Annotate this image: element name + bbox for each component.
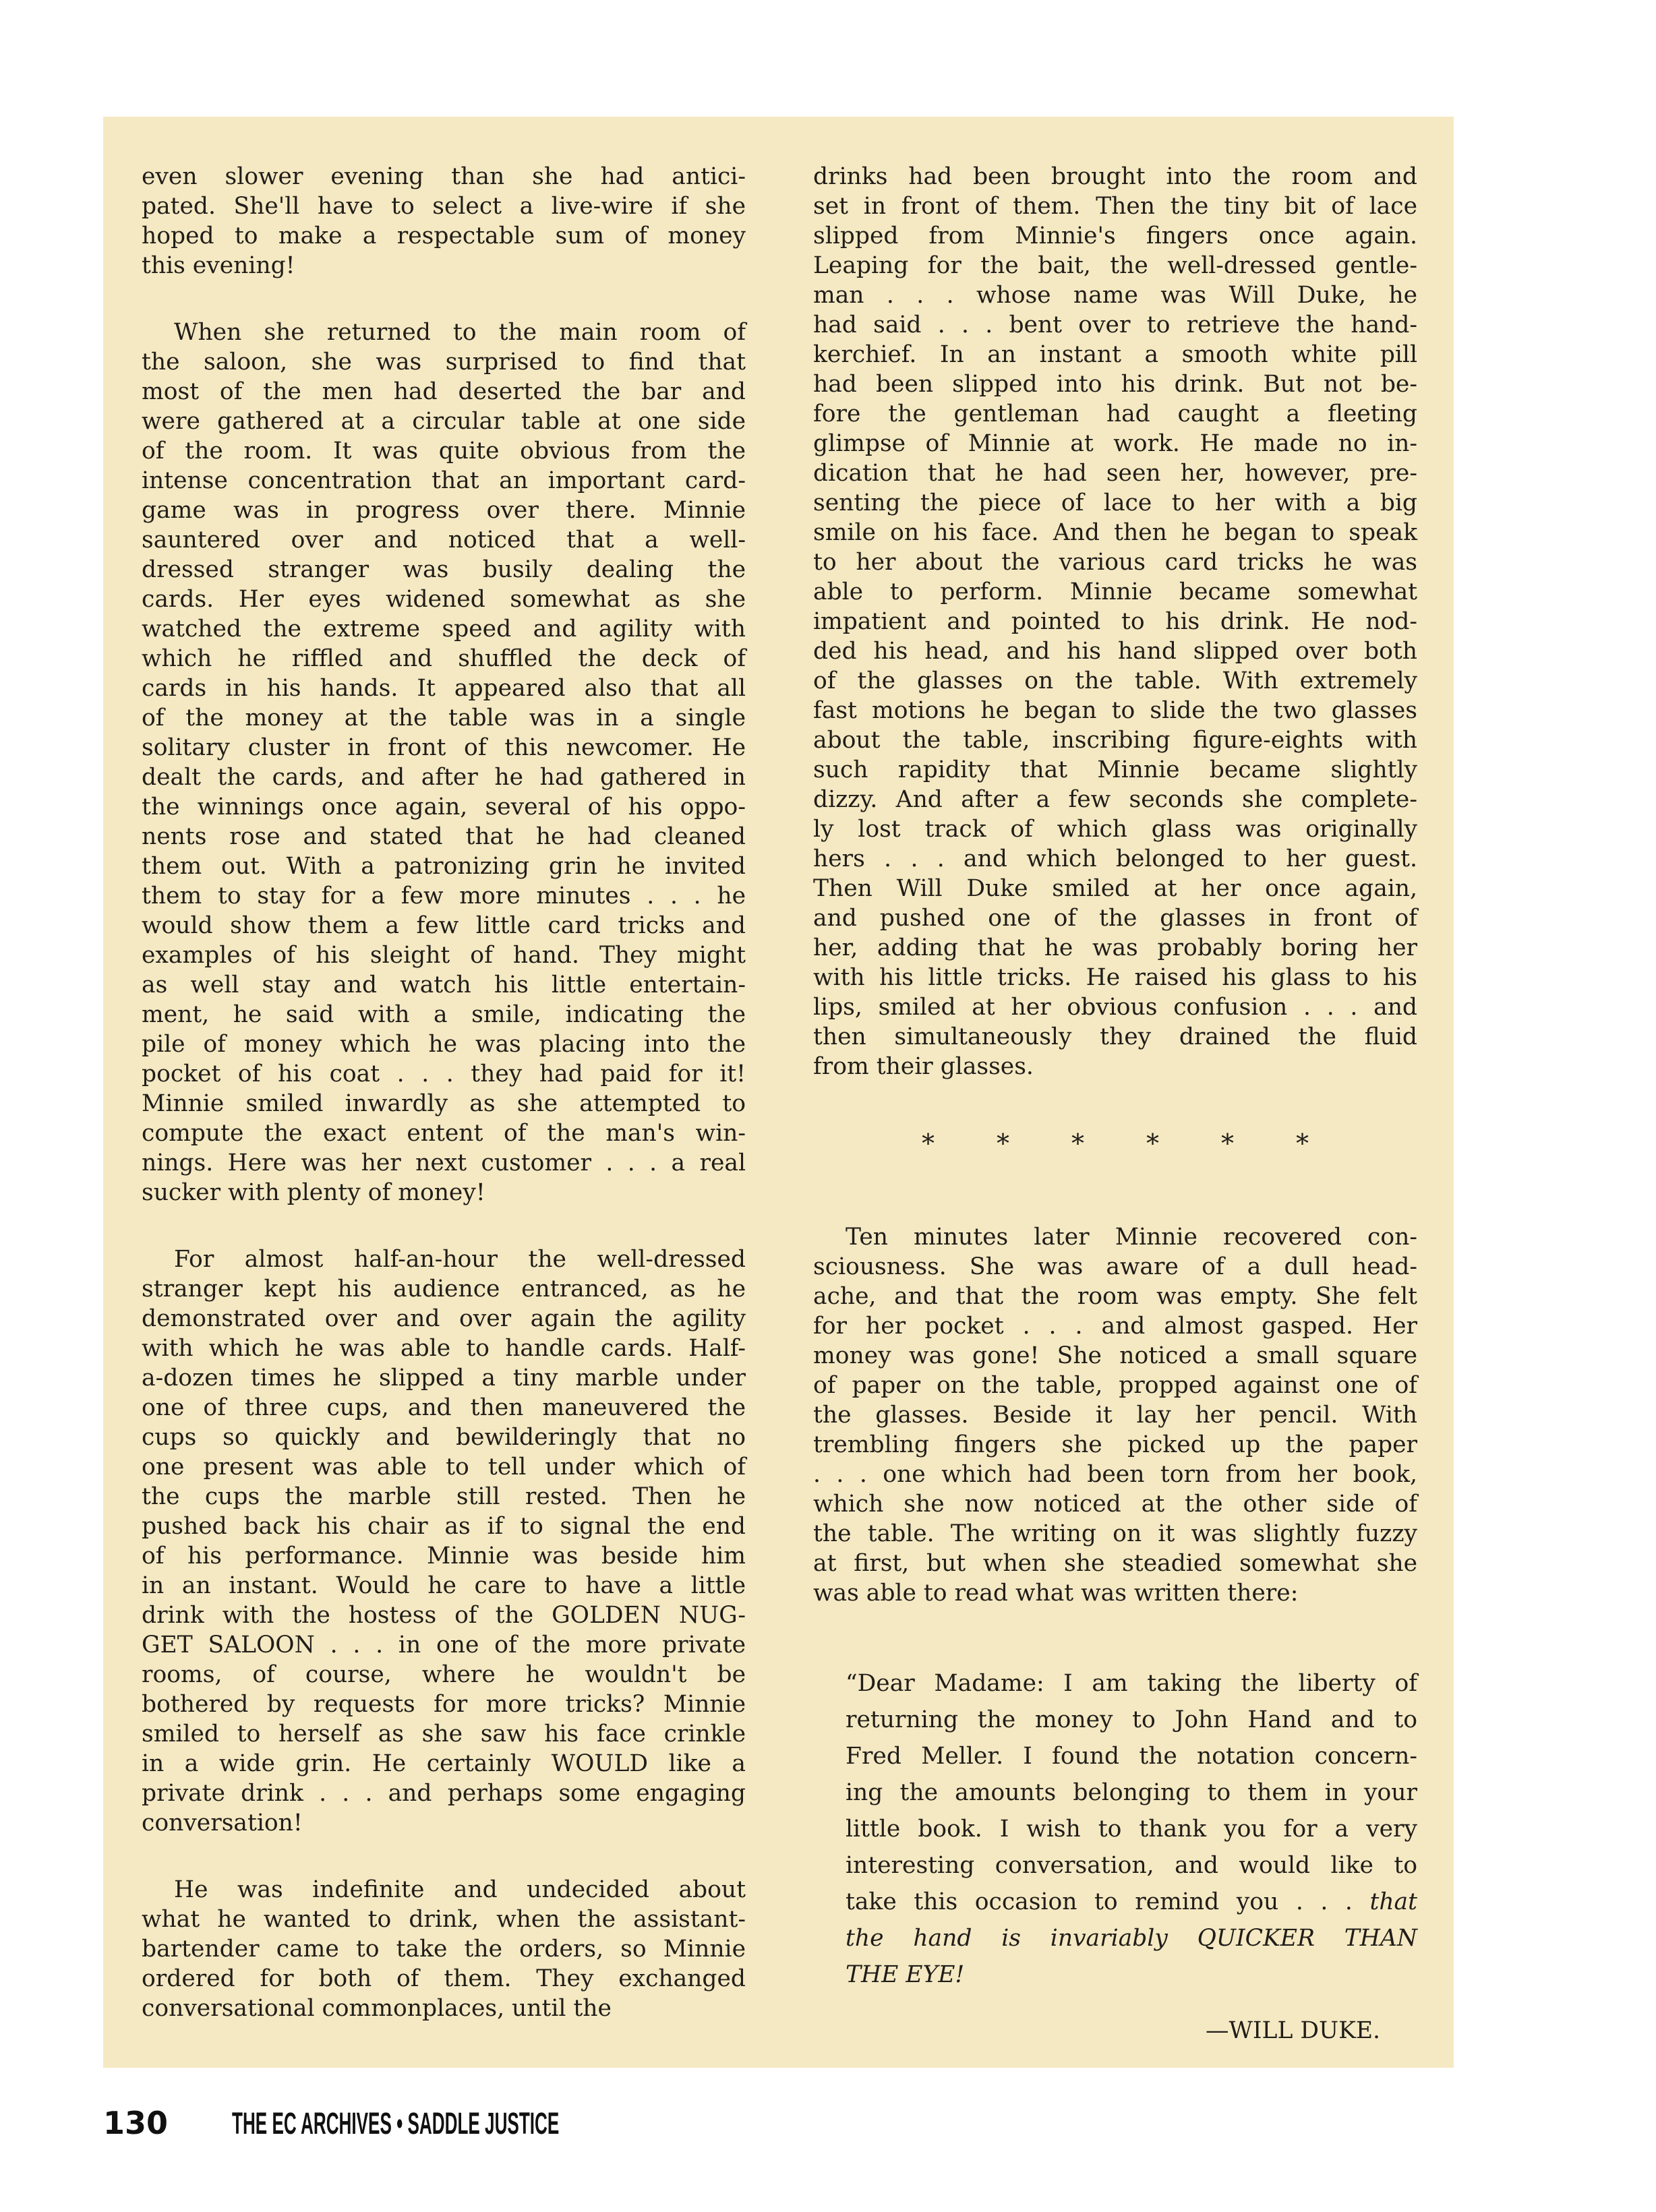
text-line: and pushed one of the glasses in front o… (813, 903, 1417, 933)
text-line: about the table, inscribing figure-eight… (813, 725, 1417, 755)
text-line: smile on his face. And then he began to … (813, 518, 1417, 547)
text-line: the cups the marble still rested. Then h… (142, 1482, 746, 1512)
text-line: ment, he said with a smile, indicating t… (142, 1000, 746, 1029)
text-line: ded his head, and his hand slipped over … (813, 636, 1417, 666)
text-line: ordered for both of them. They exchanged (142, 1964, 746, 1994)
text-line: one of three cups, and then maneuvered t… (142, 1393, 746, 1423)
left-text-column: even slower evening than she had antici-… (142, 162, 746, 2023)
text-line: able to perform. Minnie became somewhat (813, 577, 1417, 607)
text-line: even slower evening than she had antici- (142, 162, 746, 191)
book-page: even slower evening than she had antici-… (103, 117, 1454, 2068)
text-line: what he wanted to drink, when the assist… (142, 1905, 746, 1934)
text-line: with his little tricks. He raised his gl… (813, 963, 1417, 992)
asterisk: * (1296, 1129, 1309, 1158)
text-line: a-dozen times he slipped a tiny marble u… (142, 1363, 746, 1393)
text-line: slipped from Minnie's fingers once again… (813, 221, 1417, 251)
paragraph: Ten minutes later Minnie recovered con-s… (813, 1222, 1417, 1608)
paragraph: even slower evening than she had antici-… (142, 162, 746, 280)
text-line: set in front of them. Then the tiny bit … (813, 191, 1417, 221)
text-line: returning the money to John Hand and to (846, 1702, 1417, 1738)
text-line: compute the exact entent of the man's wi… (142, 1118, 746, 1148)
letter-block: “Dear Madame: I am taking the liberty of… (813, 1665, 1417, 1993)
text-line: cups so quickly and bewilderingly that n… (142, 1423, 746, 1452)
asterisk: * (997, 1129, 1009, 1158)
text-line: pushed back his chair as if to signal th… (142, 1512, 746, 1541)
text-line: ing the amounts belonging to them in you… (846, 1774, 1417, 1811)
page-footer: 130 THE EC ARCHIVES • SADDLE JUSTICE (103, 2105, 796, 2141)
text-line: the table. The writing on it was slightl… (813, 1519, 1417, 1549)
text-line: demonstrated over and over again the agi… (142, 1304, 746, 1334)
text-line: senting the piece of lace to her with a … (813, 488, 1417, 518)
text-line: interesting conversation, and would like… (846, 1847, 1417, 1884)
text-line: pated. She'll have to select a live-wire… (142, 191, 746, 221)
text-line: examples of his sleight of hand. They mi… (142, 940, 746, 970)
text-line: in an instant. Would he care to have a l… (142, 1571, 746, 1601)
paragraph: He was indefinite and undecided aboutwha… (142, 1875, 746, 2023)
text-line: rooms, of course, where he wouldn't be (142, 1660, 746, 1690)
text-line: conversational commonplaces, until the (142, 1994, 746, 2023)
text-line: of paper on the table, propped against o… (813, 1371, 1417, 1400)
text-line: THE EYE! (846, 1956, 1417, 1993)
letter-signature: —WILL DUKE. (813, 2016, 1417, 2045)
text-line: pile of money which he was placing into … (142, 1029, 746, 1059)
text-line: hoped to make a respectable sum of money (142, 221, 746, 251)
text-line: cards. Her eyes widened somewhat as she (142, 585, 746, 614)
text-line: man . . . whose name was Will Duke, he (813, 280, 1417, 310)
text-line: money was gone! She noticed a small squa… (813, 1341, 1417, 1371)
text-line: GET SALOON . . . in one of the more priv… (142, 1630, 746, 1660)
text-line: solitary cluster in front of this newcom… (142, 733, 746, 763)
text-line: fore the gentleman had caught a fleeting (813, 399, 1417, 429)
text-line: nings. Here was her next customer . . . … (142, 1148, 746, 1178)
text-line: pocket of his coat . . . they had paid f… (142, 1059, 746, 1089)
text-line: drinks had been brought into the room an… (813, 162, 1417, 191)
text-line: “Dear Madame: I am taking the liberty of (846, 1665, 1417, 1702)
paragraph: drinks had been brought into the room an… (813, 162, 1417, 1081)
text-line: which she now noticed at the other side … (813, 1489, 1417, 1519)
text-line: trembling fingers she picked up the pape… (813, 1430, 1417, 1460)
text-line: had said . . . bent over to retrieve the… (813, 310, 1417, 340)
text-line: smiled to herself as she saw his face cr… (142, 1719, 746, 1749)
paragraph: For almost half-an-hour the well-dressed… (142, 1245, 746, 1838)
text-line: would show them a few little card tricks… (142, 911, 746, 940)
text-line: . . . one which had been torn from her b… (813, 1460, 1417, 1489)
text-line: bartender came to take the orders, so Mi… (142, 1934, 746, 1964)
book-title: THE EC ARCHIVES • SADDLE JUSTICE (232, 2106, 559, 2141)
text-line: dealt the cards, and after he had gather… (142, 763, 746, 792)
right-text-column: drinks had been brought into the room an… (813, 162, 1417, 2045)
text-line: the saloon, she was surprised to find th… (142, 347, 746, 377)
text-line: For almost half-an-hour the well-dressed (142, 1245, 746, 1274)
text-line: most of the men had deserted the bar and (142, 377, 746, 407)
text-line: them out. With a patronizing grin he inv… (142, 851, 746, 881)
text-line: ache, and that the room was empty. She f… (813, 1282, 1417, 1311)
text-line: Leaping for the bait, the well-dressed g… (813, 251, 1417, 280)
text-line: which he riffled and shuffled the deck o… (142, 644, 746, 674)
text-line: game was in progress over there. Minnie (142, 496, 746, 525)
text-line: one present was able to tell under which… (142, 1452, 746, 1482)
text-line: glimpse of Minnie at work. He made no in… (813, 429, 1417, 458)
text-line: kerchief. In an instant a smooth white p… (813, 340, 1417, 369)
asterisk: * (922, 1129, 935, 1158)
text-line: Fred Meller. I found the notation concer… (846, 1738, 1417, 1774)
asterisk: * (1146, 1129, 1159, 1158)
text-line: of the money at the table was in a singl… (142, 703, 746, 733)
text-line: of his performance. Minnie was beside hi… (142, 1541, 746, 1571)
text-line: He was indefinite and undecided about (142, 1875, 746, 1905)
text-line: Minnie smiled inwardly as she attempted … (142, 1089, 746, 1118)
text-line: to her about the various card tricks he … (813, 547, 1417, 577)
text-line: ly lost track of which glass was origina… (813, 814, 1417, 844)
text-line: lips, smiled at her obvious confusion . … (813, 992, 1417, 1022)
text-line: nents rose and stated that he had cleane… (142, 822, 746, 851)
text-line: from their glasses. (813, 1052, 1417, 1081)
text-line: hers . . . and which belonged to her gue… (813, 844, 1417, 874)
text-line: dressed stranger was busily dealing the (142, 555, 746, 585)
text-line: with which he was able to handle cards. … (142, 1334, 746, 1363)
text-line: bothered by requests for more tricks? Mi… (142, 1690, 746, 1719)
asterisk: * (1221, 1129, 1234, 1158)
text-line: intense concentration that an important … (142, 466, 746, 496)
text-line: in a wide grin. He certainly WOULD like … (142, 1749, 746, 1778)
text-line: the glasses. Beside it lay her pencil. W… (813, 1400, 1417, 1430)
text-line: fast motions he began to slide the two g… (813, 696, 1417, 725)
text-line: were gathered at a circular table at one… (142, 407, 746, 436)
text-line: dication that he had seen her, however, … (813, 458, 1417, 488)
text-line: stranger kept his audience entranced, as… (142, 1274, 746, 1304)
text-line: sucker with plenty of money! (142, 1178, 746, 1207)
text-line: this evening! (142, 251, 746, 280)
text-line: at first, but when she steadied somewhat… (813, 1549, 1417, 1578)
text-line: then simultaneously they drained the flu… (813, 1022, 1417, 1052)
text-line: of the glasses on the table. With extrem… (813, 666, 1417, 696)
text-line: the hand is invariably QUICKER THAN (846, 1920, 1417, 1956)
text-line: take this occasion to remind you . . . t… (846, 1884, 1417, 1920)
text-line: sauntered over and noticed that a well- (142, 525, 746, 555)
text-line: impatient and pointed to his drink. He n… (813, 607, 1417, 636)
text-line: conversation! (142, 1808, 746, 1838)
text-line: sciousness. She was aware of a dull head… (813, 1252, 1417, 1282)
text-line: was able to read what was written there: (813, 1578, 1417, 1608)
text-line: as well stay and watch his little entert… (142, 970, 746, 1000)
page-number: 130 (103, 2105, 168, 2141)
text-line: private drink . . . and perhaps some eng… (142, 1778, 746, 1808)
text-line: had been slipped into his drink. But not… (813, 369, 1417, 399)
text-line: her, adding that he was probably boring … (813, 933, 1417, 963)
text-line: Then Will Duke smiled at her once again, (813, 874, 1417, 903)
text-line: When she returned to the main room of (142, 318, 746, 347)
text-line: such rapidity that Minnie became slightl… (813, 755, 1417, 785)
text-line: cards in his hands. It appeared also tha… (142, 674, 746, 703)
text-line: for her pocket . . . and almost gasped. … (813, 1311, 1417, 1341)
text-line: Ten minutes later Minnie recovered con- (813, 1222, 1417, 1252)
text-line: them to stay for a few more minutes . . … (142, 881, 746, 911)
text-line: little book. I wish to thank you for a v… (846, 1811, 1417, 1847)
paragraph: When she returned to the main room ofthe… (142, 318, 746, 1207)
text-line: drink with the hostess of the GOLDEN NUG… (142, 1601, 746, 1630)
text-line: of the room. It was quite obvious from t… (142, 436, 746, 466)
text-line: watched the extreme speed and agility wi… (142, 614, 746, 644)
asterisk-separator: ****** (813, 1129, 1417, 1158)
asterisk: * (1071, 1129, 1084, 1158)
text-line: dizzy. And after a few seconds she compl… (813, 785, 1417, 814)
text-line: the winnings once again, several of his … (142, 792, 746, 822)
